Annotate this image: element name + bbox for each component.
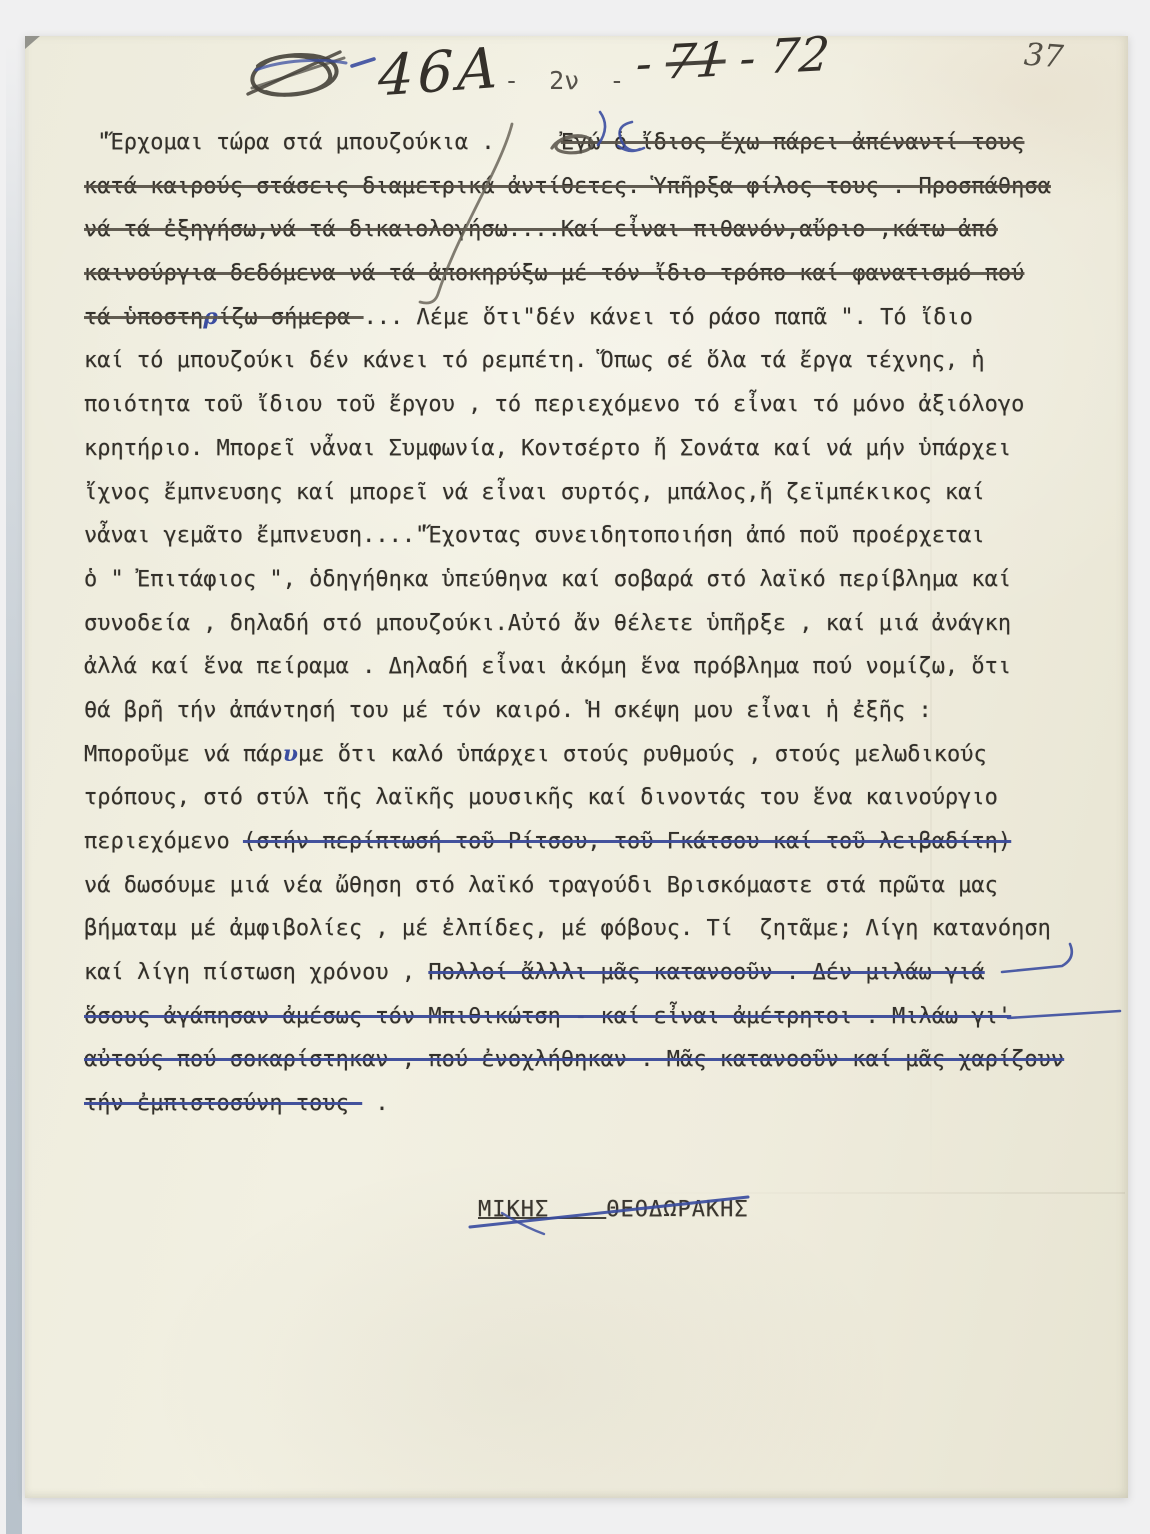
typed-line: καί λίγη πίστωση χρόνου , Πολλοί ἄλλλι μ… (84, 951, 1094, 995)
typed-line: Μποροῦμε νά πάρυμε ὅτι καλό ὑπάρχει στού… (84, 733, 1094, 777)
text-segment: ὁ " Ἐπιτάφιος ", ὁδηγήθηκα ὑπεύθηνα καί … (84, 567, 1011, 592)
typed-line: αὐτούς πού σοκαρίστηκαν , πού ἐνοχλήθηκα… (84, 1038, 1094, 1082)
text-segment: περιεχόμενο (84, 829, 243, 854)
text-segment: νἆναι γεμᾶτο ἔμπνευση...."Ἔχοντας συνειδ… (84, 523, 985, 548)
pencil-page-number: 37 (1023, 37, 1065, 76)
text-segment: . (362, 1091, 389, 1116)
typed-line: "Ἔρχομαι τώρα στά μπουζούκια . Ἐγώ ὁ ἴδι… (84, 121, 1094, 165)
text-segment: ρ (203, 304, 218, 330)
text-segment: ἴχνος ἔμπνευσης καί μπορεῖ νά εἶναι συρτ… (84, 480, 985, 505)
text-body: "Ἔρχομαι τώρα στά μπουζούκια . Ἐγώ ὁ ἴδι… (84, 121, 1094, 1126)
typed-line: νά δωσόυμε μιά νέα ὤθηση στό λαϊκό τραγο… (84, 864, 1094, 908)
typed-line: κρητήριο. Μπορεῖ νἆναι Συμφωνία, Κοντσέρ… (84, 427, 1094, 471)
year-struck: 71 (664, 32, 729, 90)
text-segment: ... Λέμε ὅτι"δέν κάνει τό ράσο παπᾶ ". Τ… (364, 305, 973, 330)
text-segment: καινούργια δεδόμενα νά τά ἀποκηρύξω μέ τ… (84, 261, 1024, 286)
text-segment: τά ὑποστη (84, 305, 203, 330)
text-segment: "Ἔρχομαι τώρα στά μπουζούκια . (84, 130, 561, 155)
text-segment: βήματαμ μέ ἀμφιβολίες , μέ ἐλπίδες, μέ φ… (84, 916, 1051, 941)
text-segment: Μποροῦμε νά πάρ (84, 742, 283, 767)
text-segment: τήν ἐμπιστοσύνη τους (84, 1091, 362, 1116)
text-segment: με ὅτι καλό ὑπάρχει στούς ρυθμούς , στού… (298, 742, 987, 767)
typed-line: ἀλλά καί ἕνα πείραμα . Δηλαδή εἶναι ἀκόμ… (84, 645, 1094, 689)
text-segment: τρόπους, στό στύλ τῆς λαϊκῆς μουσικῆς κα… (84, 785, 998, 810)
typed-line: νά τά ἐξηγήσω,νά τά δικαιολογήσω....Καί … (84, 208, 1094, 252)
typed-line: ποιότητα τοῦ ἴδιου τοῦ ἔργου , τό περιεχ… (84, 383, 1094, 427)
text-segment: αὐτούς πού σοκαρίστηκαν , πού ἐνοχλήθηκα… (84, 1047, 1064, 1072)
typed-line: θά βρῆ τήν ἀπάντησή του μέ τόν καιρό. Ἡ … (84, 689, 1094, 733)
typed-line: τρόπους, στό στύλ τῆς λαϊκῆς μουσικῆς κα… (84, 776, 1094, 820)
typed-line: συνοδεία , δηλαδή στό μπουζούκι.Αὐτό ἄν … (84, 602, 1094, 646)
typed-line: περιεχόμενο (στήν περίπτωσή τοῦ Ρίτσου, … (84, 820, 1094, 864)
year-dash: - (634, 36, 655, 92)
typed-line: ὅσους ἀγάπησαν ἀμέσως τόν Μπιθικώτση - κ… (84, 995, 1094, 1039)
year-dash: - (737, 31, 758, 87)
typed-line: ἴχνος ἔμπνευσης καί μπορεῖ νά εἶναι συρτ… (84, 471, 1094, 515)
typed-line: καί τό μπουζούκι δέν κάνει τό ρεμπέτη. Ὅ… (84, 339, 1094, 383)
text-segment: ίζω σήμερα (218, 305, 364, 330)
text-segment: νά τά ἐξηγήσω,νά τά δικαιολογήσω....Καί … (84, 217, 998, 242)
text-segment: θά βρῆ τήν ἀπάντησή του μέ τόν καιρό. Ἡ … (84, 698, 932, 723)
text-segment: υ (283, 741, 298, 767)
text-segment: ἀλλά καί ἕνα πείραμα . Δηλαδή εἶναι ἀκόμ… (84, 654, 1011, 679)
text-segment: Πολλοί ἄλλλι μᾶς κατανοοῦν . Δέν μιλάω γ… (428, 960, 984, 985)
year-value: 72 (767, 27, 832, 85)
text-segment: ὅσους ἀγάπησαν ἀμέσως τόν Μπιθικώτση - κ… (84, 1004, 1011, 1029)
typed-line: καινούργια δεδόμενα νά τά ἀποκηρύξω μέ τ… (84, 252, 1094, 296)
text-segment: Ἐγώ ὁ ἴδιος ἔχω πάρει ἀπέναντί τους (561, 130, 1025, 155)
text-segment: (στήν περίπτωσή τοῦ Ρίτσου, τοῦ Γκάτσου … (243, 829, 1011, 854)
typed-line: ὁ " Ἐπιτάφιος ", ὁδηγήθηκα ὑπεύθηνα καί … (84, 558, 1094, 602)
text-segment: συνοδεία , δηλαδή στό μπουζούκι.Αὐτό ἄν … (84, 611, 1011, 636)
signature-last-name: ΘΕΟΔΩΡΑΚΗΣ (606, 1197, 748, 1222)
scanner-edge-strip (6, 40, 22, 1534)
text-segment: καί τό μπουζούκι δέν κάνει τό ρεμπέτη. Ὅ… (84, 348, 985, 373)
signature-first-name: ΜΙΚΗΣ (478, 1197, 606, 1222)
typed-session-label: - 2ν - (504, 66, 624, 96)
text-segment: ποιότητα τοῦ ἴδιου τοῦ ἔργου , τό περιεχ… (84, 392, 1024, 417)
typed-line: βήματαμ μέ ἀμφιβολίες , μέ ἐλπίδες, μέ φ… (84, 907, 1094, 951)
text-segment: κατά καιρούς στάσεις διαμετρικά ἀντίθετε… (84, 174, 1051, 199)
scanned-document-page: { "scan": { "corner_page_number": "37", … (0, 0, 1150, 1534)
typed-line: τά ὑποστηρίζω σήμερα ... Λέμε ὅτι"δέν κά… (84, 296, 1094, 340)
text-segment: καί λίγη πίστωση χρόνου , (84, 960, 428, 985)
typed-line: νἆναι γεμᾶτο ἔμπνευση...."Ἔχοντας συνειδ… (84, 514, 1094, 558)
paper-crease-horizontal (620, 1192, 1125, 1194)
text-segment: νά δωσόυμε μιά νέα ὤθηση στό λαϊκό τραγο… (84, 873, 998, 898)
corner-fold (25, 36, 40, 49)
handwritten-page-code: 46A (378, 36, 503, 110)
text-segment: κρητήριο. Μπορεῖ νἆναι Συμφωνία, Κοντσέρ… (84, 436, 1011, 461)
typed-line: κατά καιρούς στάσεις διαμετρικά ἀντίθετε… (84, 165, 1094, 209)
signature-line: ΜΙΚΗΣ ΘΕΟΔΩΡΑΚΗΣ (478, 1195, 749, 1225)
typed-line: τήν ἐμπιστοσύνη τους . (84, 1082, 1094, 1126)
handwritten-year-note: - 71 - 72 (634, 27, 832, 92)
